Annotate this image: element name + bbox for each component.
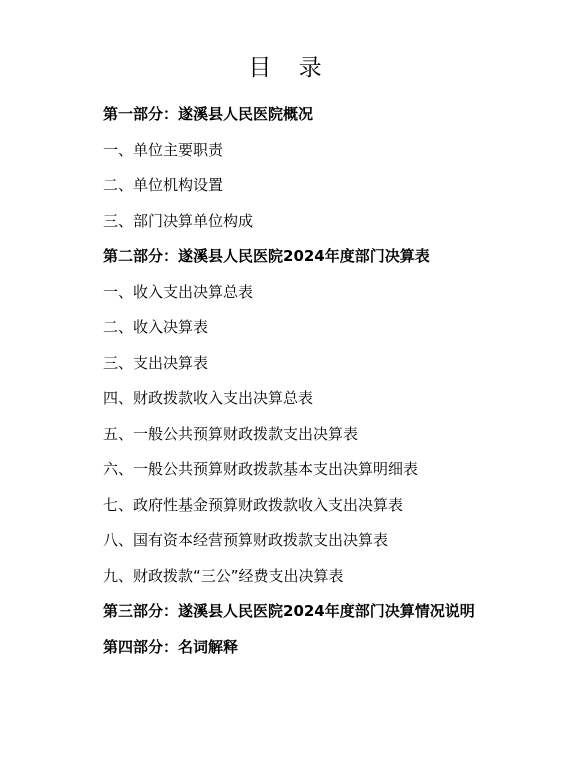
toc-part-2[interactable]: 第二部分：遂溪县人民医院2024年度部门决算表	[103, 242, 543, 278]
toc-item-expense-table[interactable]: 三、支出决算表	[103, 349, 543, 385]
toc-item-general-budget-expense[interactable]: 五、一般公共预算财政拨款支出决算表	[103, 420, 543, 456]
toc-item-unit-duties[interactable]: 一、单位主要职责	[103, 136, 543, 172]
toc-item-dept-composition[interactable]: 三、部门决算单位构成	[103, 207, 543, 243]
toc-item-state-capital[interactable]: 八、国有资本经营预算财政拨款支出决算表	[103, 526, 543, 562]
toc-item-government-fund[interactable]: 七、政府性基金预算财政拨款收入支出决算表	[103, 491, 543, 527]
page-title: 目 录	[0, 52, 570, 84]
table-of-contents: 第一部分：遂溪县人民医院概况 一、单位主要职责 二、单位机构设置 三、部门决算单…	[103, 100, 543, 668]
toc-part-4[interactable]: 第四部分：名词解释	[103, 633, 543, 669]
toc-item-three-public[interactable]: 九、财政拨款“三公”经费支出决算表	[103, 562, 543, 598]
toc-item-unit-structure[interactable]: 二、单位机构设置	[103, 171, 543, 207]
toc-part-1[interactable]: 第一部分：遂溪县人民医院概况	[103, 100, 543, 136]
toc-item-general-budget-basic-detail[interactable]: 六、一般公共预算财政拨款基本支出决算明细表	[103, 455, 543, 491]
toc-item-fiscal-summary[interactable]: 四、财政拨款收入支出决算总表	[103, 384, 543, 420]
toc-item-income-expense-summary[interactable]: 一、收入支出决算总表	[103, 278, 543, 314]
toc-part-3[interactable]: 第三部分：遂溪县人民医院2024年度部门决算情况说明	[103, 597, 543, 633]
toc-item-income-table[interactable]: 二、收入决算表	[103, 313, 543, 349]
